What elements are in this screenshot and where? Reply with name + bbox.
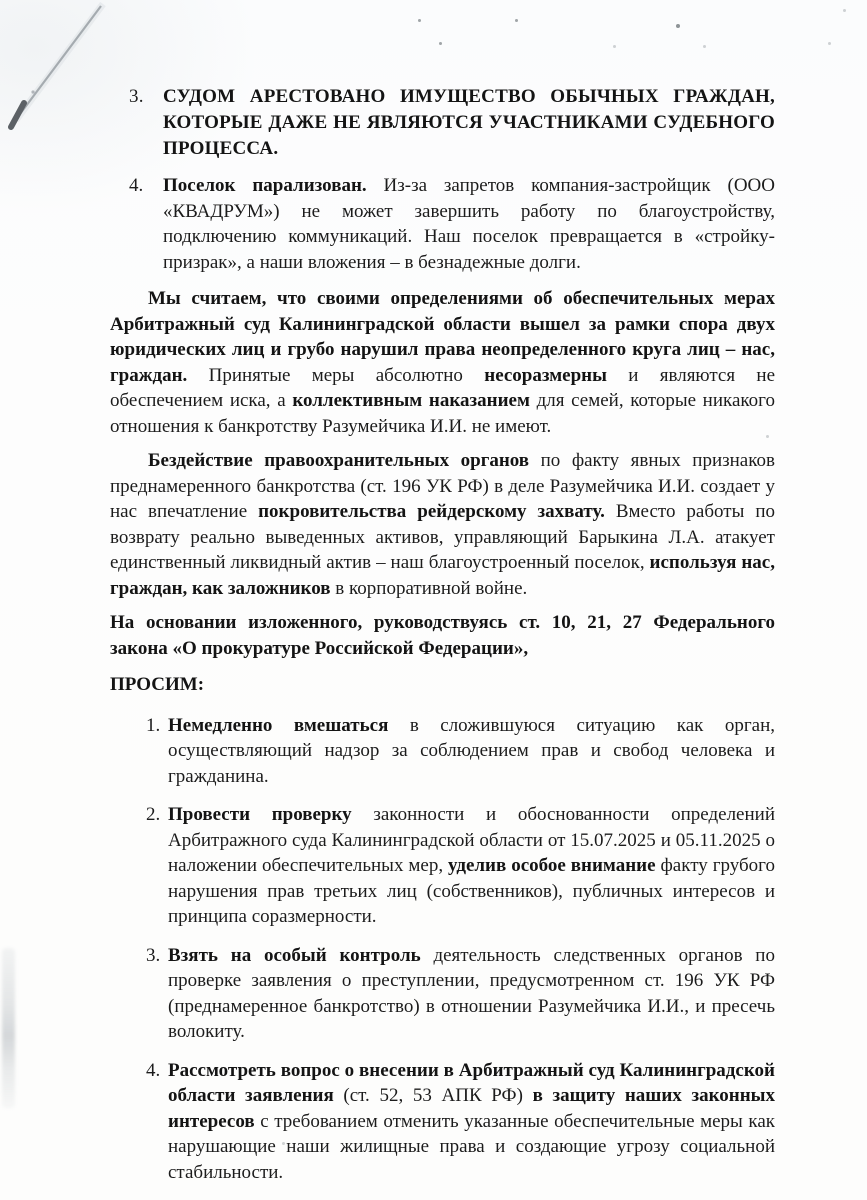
list-marker: 2.	[146, 802, 160, 828]
text-run: На основании изложенного, руководствуясь…	[110, 612, 775, 659]
dust-speck	[439, 42, 442, 45]
text-run: (ст. 52, 53 АПК РФ)	[334, 1085, 533, 1106]
section-heading: ПРОСИМ:	[110, 672, 775, 698]
text-run: с требованием отменить указанные обеспеч…	[168, 1111, 775, 1183]
list-item-requests-3: 3.Взять на особый контроль деятельность …	[110, 943, 775, 1045]
text-run: Принятые меры абсолютно	[187, 365, 484, 386]
scan-smudge-artifact	[2, 948, 15, 1108]
text-run: Поселок парализован.	[163, 175, 367, 196]
paragraph: На основании изложенного, руководствуясь…	[110, 610, 775, 661]
dust-speck	[676, 24, 680, 28]
text-run: Бездействие правоохранительных органов	[148, 450, 529, 471]
list-marker: 3.	[129, 84, 144, 110]
list-item-requests-1: 1.Немедленно вмешаться в сложившуюся сит…	[110, 713, 775, 790]
list-marker: 3.	[146, 943, 160, 969]
text-run: в корпоративной войне.	[331, 578, 528, 599]
dust-speck	[613, 45, 616, 48]
dust-speck	[515, 19, 518, 22]
list-item-claims-3: 3.СУДОМ АРЕСТОВАНО ИМУЩЕСТВО ОБЫЧНЫХ ГРА…	[110, 84, 775, 162]
paragraph: Мы считаем, что своими определениями об …	[110, 286, 775, 439]
text-run: покровительства рейдерскому захвату.	[258, 501, 605, 522]
list-marker: 4.	[146, 1058, 160, 1084]
dust-speck	[843, 9, 846, 12]
dust-speck	[418, 19, 421, 22]
text-run: Немедленно вмешаться	[168, 715, 388, 736]
text-run: ПРОСИМ:	[110, 674, 204, 695]
text-run: коллективным наказанием	[292, 390, 530, 411]
paragraph: Бездействие правоохранительных органов п…	[110, 448, 775, 601]
text-run: Провести проверку	[168, 804, 352, 825]
text-run: СУДОМ АРЕСТОВАНО ИМУЩЕСТВО ОБЫЧНЫХ ГРАЖД…	[163, 86, 775, 159]
list-item-requests-4: 4.Рассмотреть вопрос о внесении в Арбитр…	[110, 1058, 775, 1186]
scanned-document-page: 3.СУДОМ АРЕСТОВАНО ИМУЩЕСТВО ОБЫЧНЫХ ГРА…	[0, 0, 867, 1200]
list-item-claims-4: 4.Поселок парализован. Из-за запретов ко…	[110, 173, 775, 275]
list-marker: 1.	[146, 713, 160, 739]
list-item-requests-2: 2.Провести проверку законности и обоснов…	[110, 802, 775, 930]
list-marker: 4.	[129, 173, 143, 199]
document-body: 3.СУДОМ АРЕСТОВАНО ИМУЩЕСТВО ОБЫЧНЫХ ГРА…	[110, 84, 775, 1198]
dust-speck	[703, 45, 706, 48]
text-run: Взять на особый контроль	[168, 945, 421, 966]
text-run: несоразмерны	[484, 365, 607, 386]
text-run: уделив особое внимание	[448, 855, 656, 876]
dust-speck	[828, 42, 831, 45]
